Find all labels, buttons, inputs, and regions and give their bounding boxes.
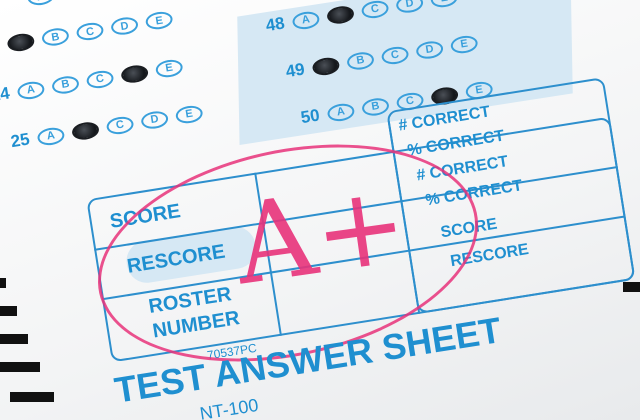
question-number: 25: [0, 129, 31, 153]
timing-mark: [0, 278, 6, 288]
bubble[interactable]: D: [110, 16, 139, 37]
grade-mark: A+: [227, 159, 415, 310]
bubble-filled[interactable]: B: [71, 120, 100, 141]
question-number: [0, 0, 20, 5]
bubble[interactable]: B: [41, 26, 70, 47]
bubble-filled[interactable]: D: [120, 63, 149, 84]
bubble-filled[interactable]: B: [61, 0, 90, 1]
bubble[interactable]: E: [174, 104, 203, 125]
bubble[interactable]: E: [154, 58, 183, 79]
bubble[interactable]: D: [395, 0, 424, 14]
bubble[interactable]: A: [36, 125, 65, 146]
answer-row: A B C: [0, 0, 125, 13]
timing-mark: [0, 334, 28, 344]
bubble[interactable]: C: [85, 68, 114, 89]
bubble-filled[interactable]: B: [326, 4, 355, 25]
bubble[interactable]: C: [380, 44, 409, 65]
bubble[interactable]: E: [449, 34, 478, 55]
bubble[interactable]: C: [105, 114, 134, 135]
bubble[interactable]: D: [415, 39, 444, 60]
answer-sheet-photo: A B C A B C D E 24 A B C D E 25 A B C D …: [0, 0, 640, 420]
bubble[interactable]: A: [16, 79, 45, 100]
bubble[interactable]: A: [26, 0, 55, 7]
bubble-filled[interactable]: A: [311, 55, 340, 76]
answer-row: A B C D E: [0, 10, 174, 59]
bubble[interactable]: E: [144, 10, 173, 31]
bubble[interactable]: D: [140, 109, 169, 130]
bubble[interactable]: C: [75, 21, 104, 42]
sheet-code: NT-100: [198, 395, 260, 420]
bubble[interactable]: A: [291, 9, 320, 30]
bubble[interactable]: B: [51, 74, 80, 95]
timing-mark: [10, 392, 54, 402]
answer-row: 24 A B C D E: [0, 56, 184, 108]
bubble-filled[interactable]: A: [6, 32, 35, 53]
question-number: 24: [0, 83, 11, 107]
timing-mark: [0, 306, 17, 316]
timing-mark: [623, 282, 640, 292]
timing-mark: [0, 362, 40, 372]
bubble[interactable]: C: [360, 0, 389, 20]
bubble[interactable]: B: [346, 50, 375, 71]
